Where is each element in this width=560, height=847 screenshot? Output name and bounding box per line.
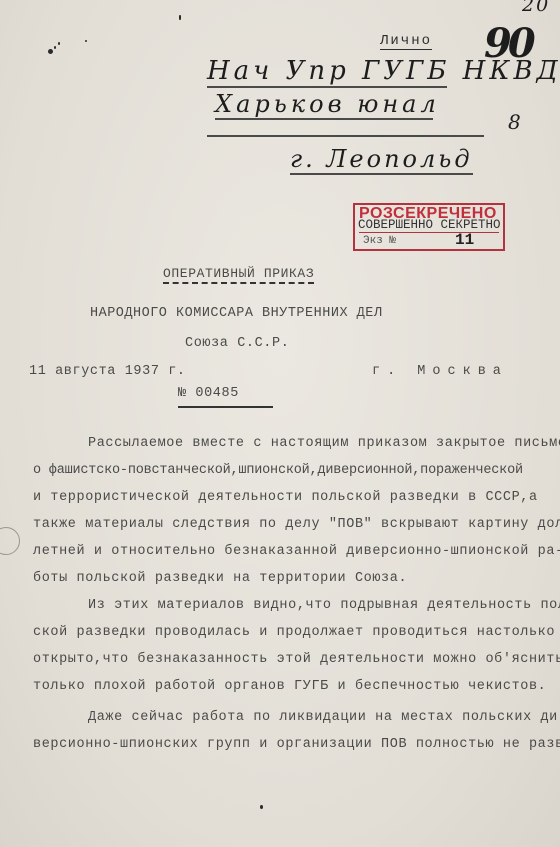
document-title: ОПЕРАТИВНЫЙ ПРИКАЗ	[163, 266, 314, 284]
body-line: о фашистско-повстанческой,шпионской,диве…	[33, 463, 523, 478]
recipient-line-2: Харьков юнал	[215, 90, 433, 120]
recipient-line-3: г. Леопольд	[290, 145, 473, 175]
punch-hole-mark	[0, 527, 20, 555]
paper-speck	[85, 40, 87, 42]
document-issuer: НАРОДНОГО КОМИССАРА ВНУТРЕННИХ ДЕЛ	[90, 306, 382, 321]
body-line: версионно-шпионских групп и организации …	[33, 737, 560, 752]
paper-speck	[179, 15, 181, 20]
recipient-line-1: Нач Упр ГУГБ НКВД	[207, 56, 447, 88]
stamp-copy-label: Экз №	[363, 235, 396, 247]
body-line: Даже сейчас работа по ликвидации на мест…	[88, 710, 560, 725]
top-mark: 20	[522, 0, 550, 16]
document-place: г. Москва	[372, 364, 508, 379]
document-issuer-sub: Союза С.С.Р.	[185, 336, 289, 351]
rule-line	[207, 135, 484, 137]
body-line: только плохой работой органов ГУГБ и бес…	[33, 679, 546, 694]
body-line: Из этих материалов видно,что подрывная д…	[88, 598, 560, 613]
body-line: открыто,что безнаказанность этой деятель…	[33, 652, 560, 667]
body-line: боты польской разведки на территории Сою…	[33, 571, 407, 586]
stamp-subtitle: СОВЕРШЕННО СЕКРЕТНО	[358, 218, 501, 232]
paper-speck	[48, 49, 53, 54]
paper-speck	[260, 805, 263, 809]
paper-speck	[54, 46, 56, 49]
document-page: 20 Лично 90 Нач Упр ГУГБ НКВД Харьков юн…	[0, 0, 560, 847]
stamp-divider	[359, 232, 499, 233]
body-line: Рассылаемое вместе с настоящим приказом …	[88, 436, 560, 451]
stamp-copy-number: 11	[455, 231, 474, 249]
body-line: также материалы следствия по делу "ПОВ" …	[33, 517, 560, 532]
document-date: 11 августа 1937 г.	[29, 364, 186, 379]
typed-label-personal: Лично	[380, 33, 432, 50]
order-number: № 00485	[178, 386, 239, 401]
body-line: летней и относительно безнаказанной диве…	[33, 544, 560, 559]
body-line: ской разведки проводилась и продолжает п…	[33, 625, 555, 640]
declassified-stamp: РОЗСЕКРЕЧЕНО СОВЕРШЕННО СЕКРЕТНО Экз № 1…	[353, 203, 505, 251]
order-number-underline	[178, 406, 273, 408]
recipient-line-2-note: 8	[508, 110, 523, 134]
body-line: и террористической деятельности польской…	[33, 490, 538, 505]
paper-speck	[58, 42, 60, 45]
